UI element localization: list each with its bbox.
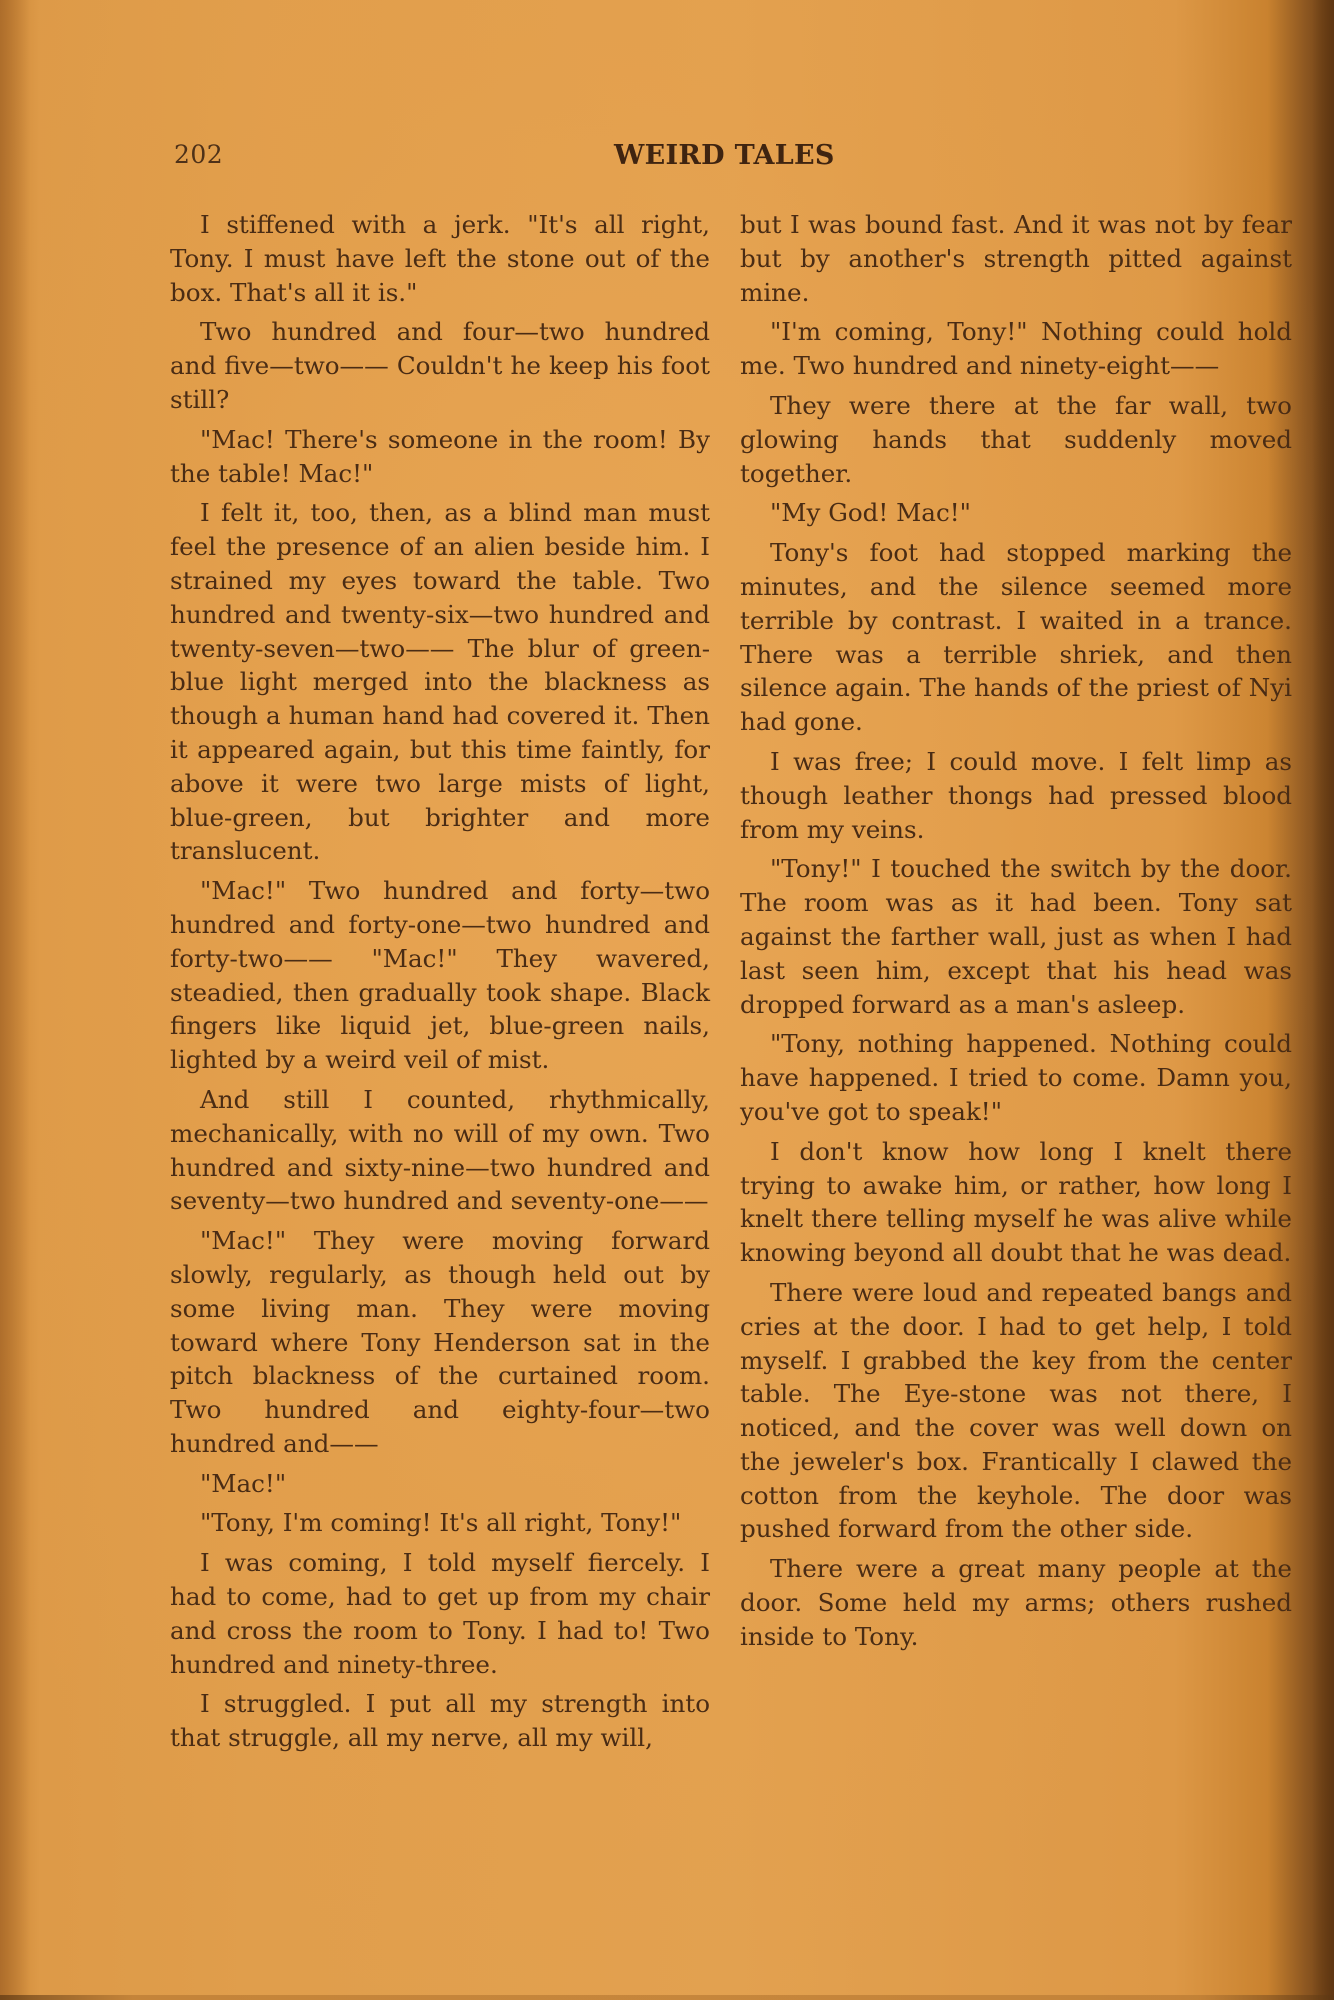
paragraph: I struggled. I put all my strength into … xyxy=(170,1687,710,1755)
right-column: but I was bound fast. And it was not by … xyxy=(740,208,1292,1660)
paragraph: "Mac! There's someone in the room! By th… xyxy=(170,423,710,491)
paragraph: I was free; I could move. I felt limp as… xyxy=(740,745,1292,846)
paragraph: "Mac!" Two hundred and forty—two hundred… xyxy=(170,874,710,1077)
paragraph: "Mac!" xyxy=(170,1467,710,1501)
page-edge-shadow xyxy=(1312,0,1334,2000)
paragraph: "My God! Mac!" xyxy=(740,496,1292,530)
paragraph: Two hundred and four—two hundred and fiv… xyxy=(170,315,710,416)
paragraph: I don't know how long I knelt there tryi… xyxy=(740,1135,1292,1270)
paragraph: "Tony, I'm coming! It's all right, Tony!… xyxy=(170,1506,710,1540)
paragraph: "Mac!" They were moving forward slowly, … xyxy=(170,1224,710,1461)
paragraph: "Tony!" I touched the switch by the door… xyxy=(740,852,1292,1021)
paragraph: "Tony, nothing happened. Nothing could h… xyxy=(740,1027,1292,1128)
paragraph: I felt it, too, then, as a blind man mus… xyxy=(170,496,710,868)
paragraph: There were loud and repeated bangs and c… xyxy=(740,1276,1292,1546)
page-gutter-shadow xyxy=(0,0,30,2000)
page-number: 202 xyxy=(174,140,223,169)
paragraph-continuation: but I was bound fast. And it was not by … xyxy=(740,208,1292,309)
paragraph: "I'm coming, Tony!" Nothing could hold m… xyxy=(740,315,1292,383)
paragraph: I was coming, I told myself fiercely. I … xyxy=(170,1546,710,1681)
running-title: WEIRD TALES xyxy=(614,140,835,171)
left-column: I stiffened with a jerk. "It's all right… xyxy=(170,208,710,1761)
paragraph: I stiffened with a jerk. "It's all right… xyxy=(170,208,710,309)
paragraph: They were there at the far wall, two glo… xyxy=(740,389,1292,490)
paragraph: And still I counted, rhythmically, mecha… xyxy=(170,1083,710,1218)
paragraph: Tony's foot had stopped marking the minu… xyxy=(740,536,1292,739)
magazine-page: 202 WEIRD TALES I stiffened with a jerk.… xyxy=(0,0,1334,2000)
paragraph: There were a great many people at the do… xyxy=(740,1552,1292,1653)
page-bottom-edge xyxy=(0,1995,1334,2000)
